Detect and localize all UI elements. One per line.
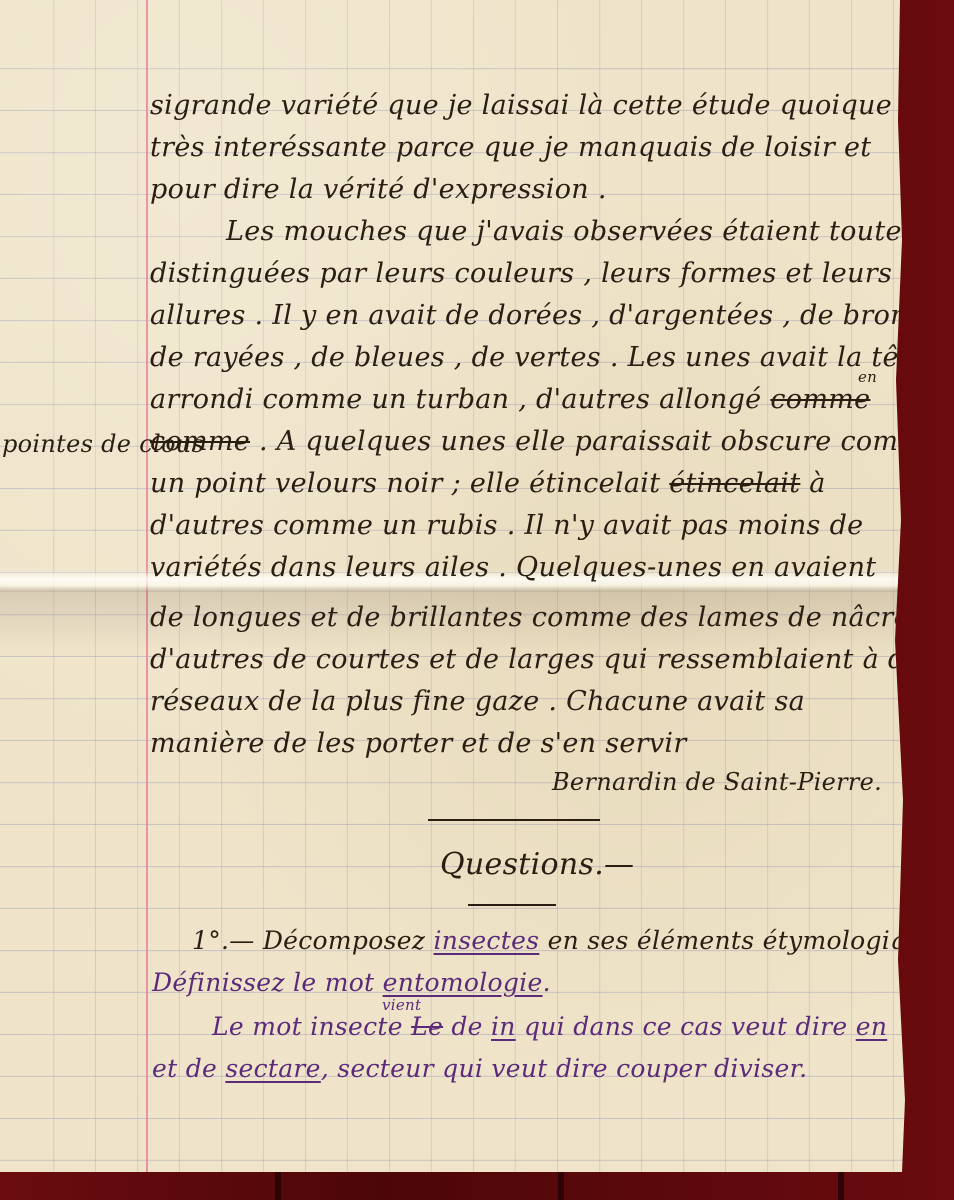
binder-seam: [558, 1172, 564, 1200]
binder-seam: [838, 1172, 844, 1200]
answer-line-2: et de sectare, secteur qui veut dire cou…: [152, 1056, 807, 1081]
question-1-line-2: Définissez le mot entomologie.: [152, 970, 551, 995]
passage-line-6: allures . Il y en avait de dorées , d'ar…: [150, 302, 954, 329]
passage-line-13: de longues et de brillantes comme des la…: [150, 604, 928, 631]
passage-line-8: arrondi comme un turban , d'autres allon…: [150, 386, 870, 413]
passage-line-14: d'autres de courtes et de larges qui res…: [150, 646, 936, 673]
keyword-insectes: insectes: [434, 926, 540, 955]
passage-line-4: Les mouches que j'avais observées étaien…: [226, 218, 916, 245]
answer-line-1: Le mot insecte Le de in qui dans ce cas …: [212, 1014, 887, 1039]
insertion-above: en: [858, 370, 877, 385]
keyword-entomologie: entomologie: [383, 968, 543, 997]
passage-line-9-text: . A quelques unes elle paraissait obscur…: [259, 426, 941, 457]
struck-word: étincelait: [669, 468, 800, 499]
heading-rule-bottom: [468, 904, 556, 906]
passage-line-10-text: un point velours noir ; elle étincelait: [150, 468, 660, 499]
question-text: Définissez le mot: [152, 968, 374, 997]
passage-line-10: un point velours noir ; elle étincelait …: [150, 470, 826, 497]
answer-text: , secteur qui veut dire couper diviser.: [321, 1054, 808, 1083]
binder-seam: [275, 1172, 281, 1200]
struck-word: comme: [770, 384, 870, 415]
passage-line-1: sigrande variété que je laissai là cette…: [150, 92, 892, 119]
question-text: en ses éléments étymologiques et expliqu…: [548, 926, 954, 955]
struck-word: comme: [150, 426, 250, 457]
passage-line-16: manière de les porter et de s'en servir: [150, 730, 687, 757]
question-punct: .: [543, 968, 551, 997]
passage-line-10-end: à: [809, 468, 825, 499]
answer-insertion: vient: [382, 998, 421, 1013]
question-number: 1°.—: [192, 926, 255, 955]
struck-word: Le: [411, 1012, 443, 1041]
passage-line-2: très interéssante parce que je manquais …: [150, 134, 871, 161]
answer-text: Le mot insecte: [212, 1012, 403, 1041]
passage-line-8-text: arrondi comme un turban , d'autres allon…: [150, 384, 761, 415]
keyword-en: en: [856, 1012, 888, 1041]
question-text: Décomposez: [263, 926, 425, 955]
author-signature: Bernardin de Saint-Pierre.: [552, 770, 882, 794]
passage-line-7: de rayées , de bleues , de vertes . Les …: [150, 344, 926, 371]
answer-text: qui dans ce cas veut dire: [524, 1012, 848, 1041]
question-1-line-1: 1°.— Décomposez insectes en ses éléments…: [192, 928, 954, 953]
notebook-page: sigrande variété que je laissai là cette…: [0, 0, 905, 1172]
keyword-sectare: sectare: [225, 1054, 320, 1083]
questions-heading: Questions.—: [440, 850, 634, 880]
keyword-in: in: [491, 1012, 516, 1041]
passage-line-3: pour dire la vérité d'expression .: [150, 176, 607, 203]
passage-line-5: distinguées par leurs couleurs , leurs f…: [150, 260, 892, 287]
answer-text: et de: [152, 1054, 217, 1083]
passage-line-15: réseaux de la plus fine gaze . Chacune a…: [150, 688, 805, 715]
passage-line-11: d'autres comme un rubis . Il n'y avait p…: [150, 512, 863, 539]
passage-line-12: variétés dans leurs ailes . Quelques-une…: [150, 554, 876, 581]
passage-line-9: comme . A quelques unes elle paraissait …: [150, 428, 941, 455]
answer-text: de: [451, 1012, 482, 1041]
heading-rule-top: [428, 819, 600, 821]
